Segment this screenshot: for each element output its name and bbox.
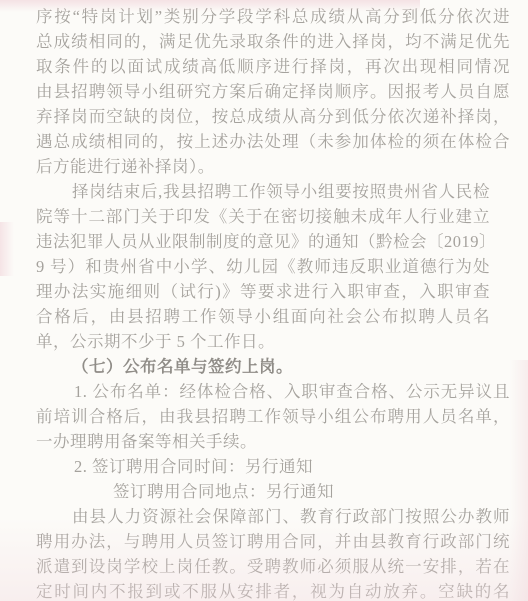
text-line: 1. 公布名单：经体检合格、入职审查合格、公示无异议且岗 xyxy=(36,379,510,404)
text-line: 后方能进行递补择岗）。 xyxy=(36,154,510,179)
item-sign-time-line: 2. 签订聘用合同时间：另行通知 xyxy=(36,454,510,479)
text-line: 序按“特岗计划”类别分学段学科总成绩从高分到低分依次进行， xyxy=(36,4,510,29)
text-line: 单，公示期不少于 5 个工作日。 xyxy=(36,329,490,354)
text-line: 由县招聘领导小组研究方案后确定择岗顺序。因报考人员自愿放 xyxy=(36,79,510,104)
text-line: 9 号）和贵州省中小学、幼儿园《教师违反职业道德行为处 xyxy=(36,254,490,279)
text-line: 合格后，由县招聘工作领导小组面向社会公布拟聘人员名 xyxy=(36,304,490,329)
section-heading-seven: （七）公布名单与签约上岗。 xyxy=(36,354,510,379)
text-line: 派遣到设岗学校上岗任教。受聘教师必须服从统一安排，若在规 xyxy=(36,554,510,579)
document-page: 序按“特岗计划”类别分学段学科总成绩从高分到低分依次进行， 总成绩相同的，满足优… xyxy=(0,0,528,601)
text-line: 择岗结束后,我县招聘工作领导小组要按照贵州省人民检察 xyxy=(36,179,490,204)
text-line: 取条件的以面试成绩高低顺序进行择岗，再次出现相同情况的， xyxy=(36,54,510,79)
text-line: 定时间内不报到或不服从安排者，视为自动放弃。空缺的名额， xyxy=(36,579,510,601)
text-line: 院等十二部门关于印发《关于在密切接触未成年人行业建立 xyxy=(36,204,490,229)
text-line: 由县人力资源社会保障部门、教育行政部门按照公办教师的 xyxy=(36,504,510,529)
item-publish-list: 1. 公布名单：经体检合格、入职审查合格、公示无异议且岗 前培训合格后，由我县招… xyxy=(36,379,528,454)
text-line: 遇总成绩相同的，按上述办法处理（未参加体检的须在体检合格 xyxy=(36,129,510,154)
scan-tint-left xyxy=(0,222,14,276)
text-line: 聘用办法，与聘用人员签订聘用合同，并由县教育行政部门统一 xyxy=(36,529,510,554)
text-line: 违法犯罪人员从业限制制度的意见》的通知（黔检会〔2019〕 xyxy=(36,229,490,254)
text-line: 理办法实施细则（试行)》等要求进行入职审查，入职审查 xyxy=(36,279,490,304)
item-sign-place-line: 签订聘用合同地点：另行通知 xyxy=(36,479,510,504)
text-line: 弃择岗而空缺的岗位，按总成绩从高分到低分依次递补择岗，若 xyxy=(36,104,510,129)
paragraph-review: 择岗结束后,我县招聘工作领导小组要按照贵州省人民检察 院等十二部门关于印发《关于… xyxy=(36,179,528,354)
paragraph-carryover: 序按“特岗计划”类别分学段学科总成绩从高分到低分依次进行， 总成绩相同的，满足优… xyxy=(36,4,528,179)
paragraph-contract: 由县人力资源社会保障部门、教育行政部门按照公办教师的 聘用办法，与聘用人员签订聘… xyxy=(36,504,528,601)
text-line: 一办理聘用备案等相关手续。 xyxy=(36,429,510,454)
text-line: 总成绩相同的，满足优先录取条件的进入择岗，均不满足优先录 xyxy=(36,29,510,54)
text-line: 前培训合格后，由我县招聘工作领导小组公布聘用人员名单，统 xyxy=(36,404,510,429)
